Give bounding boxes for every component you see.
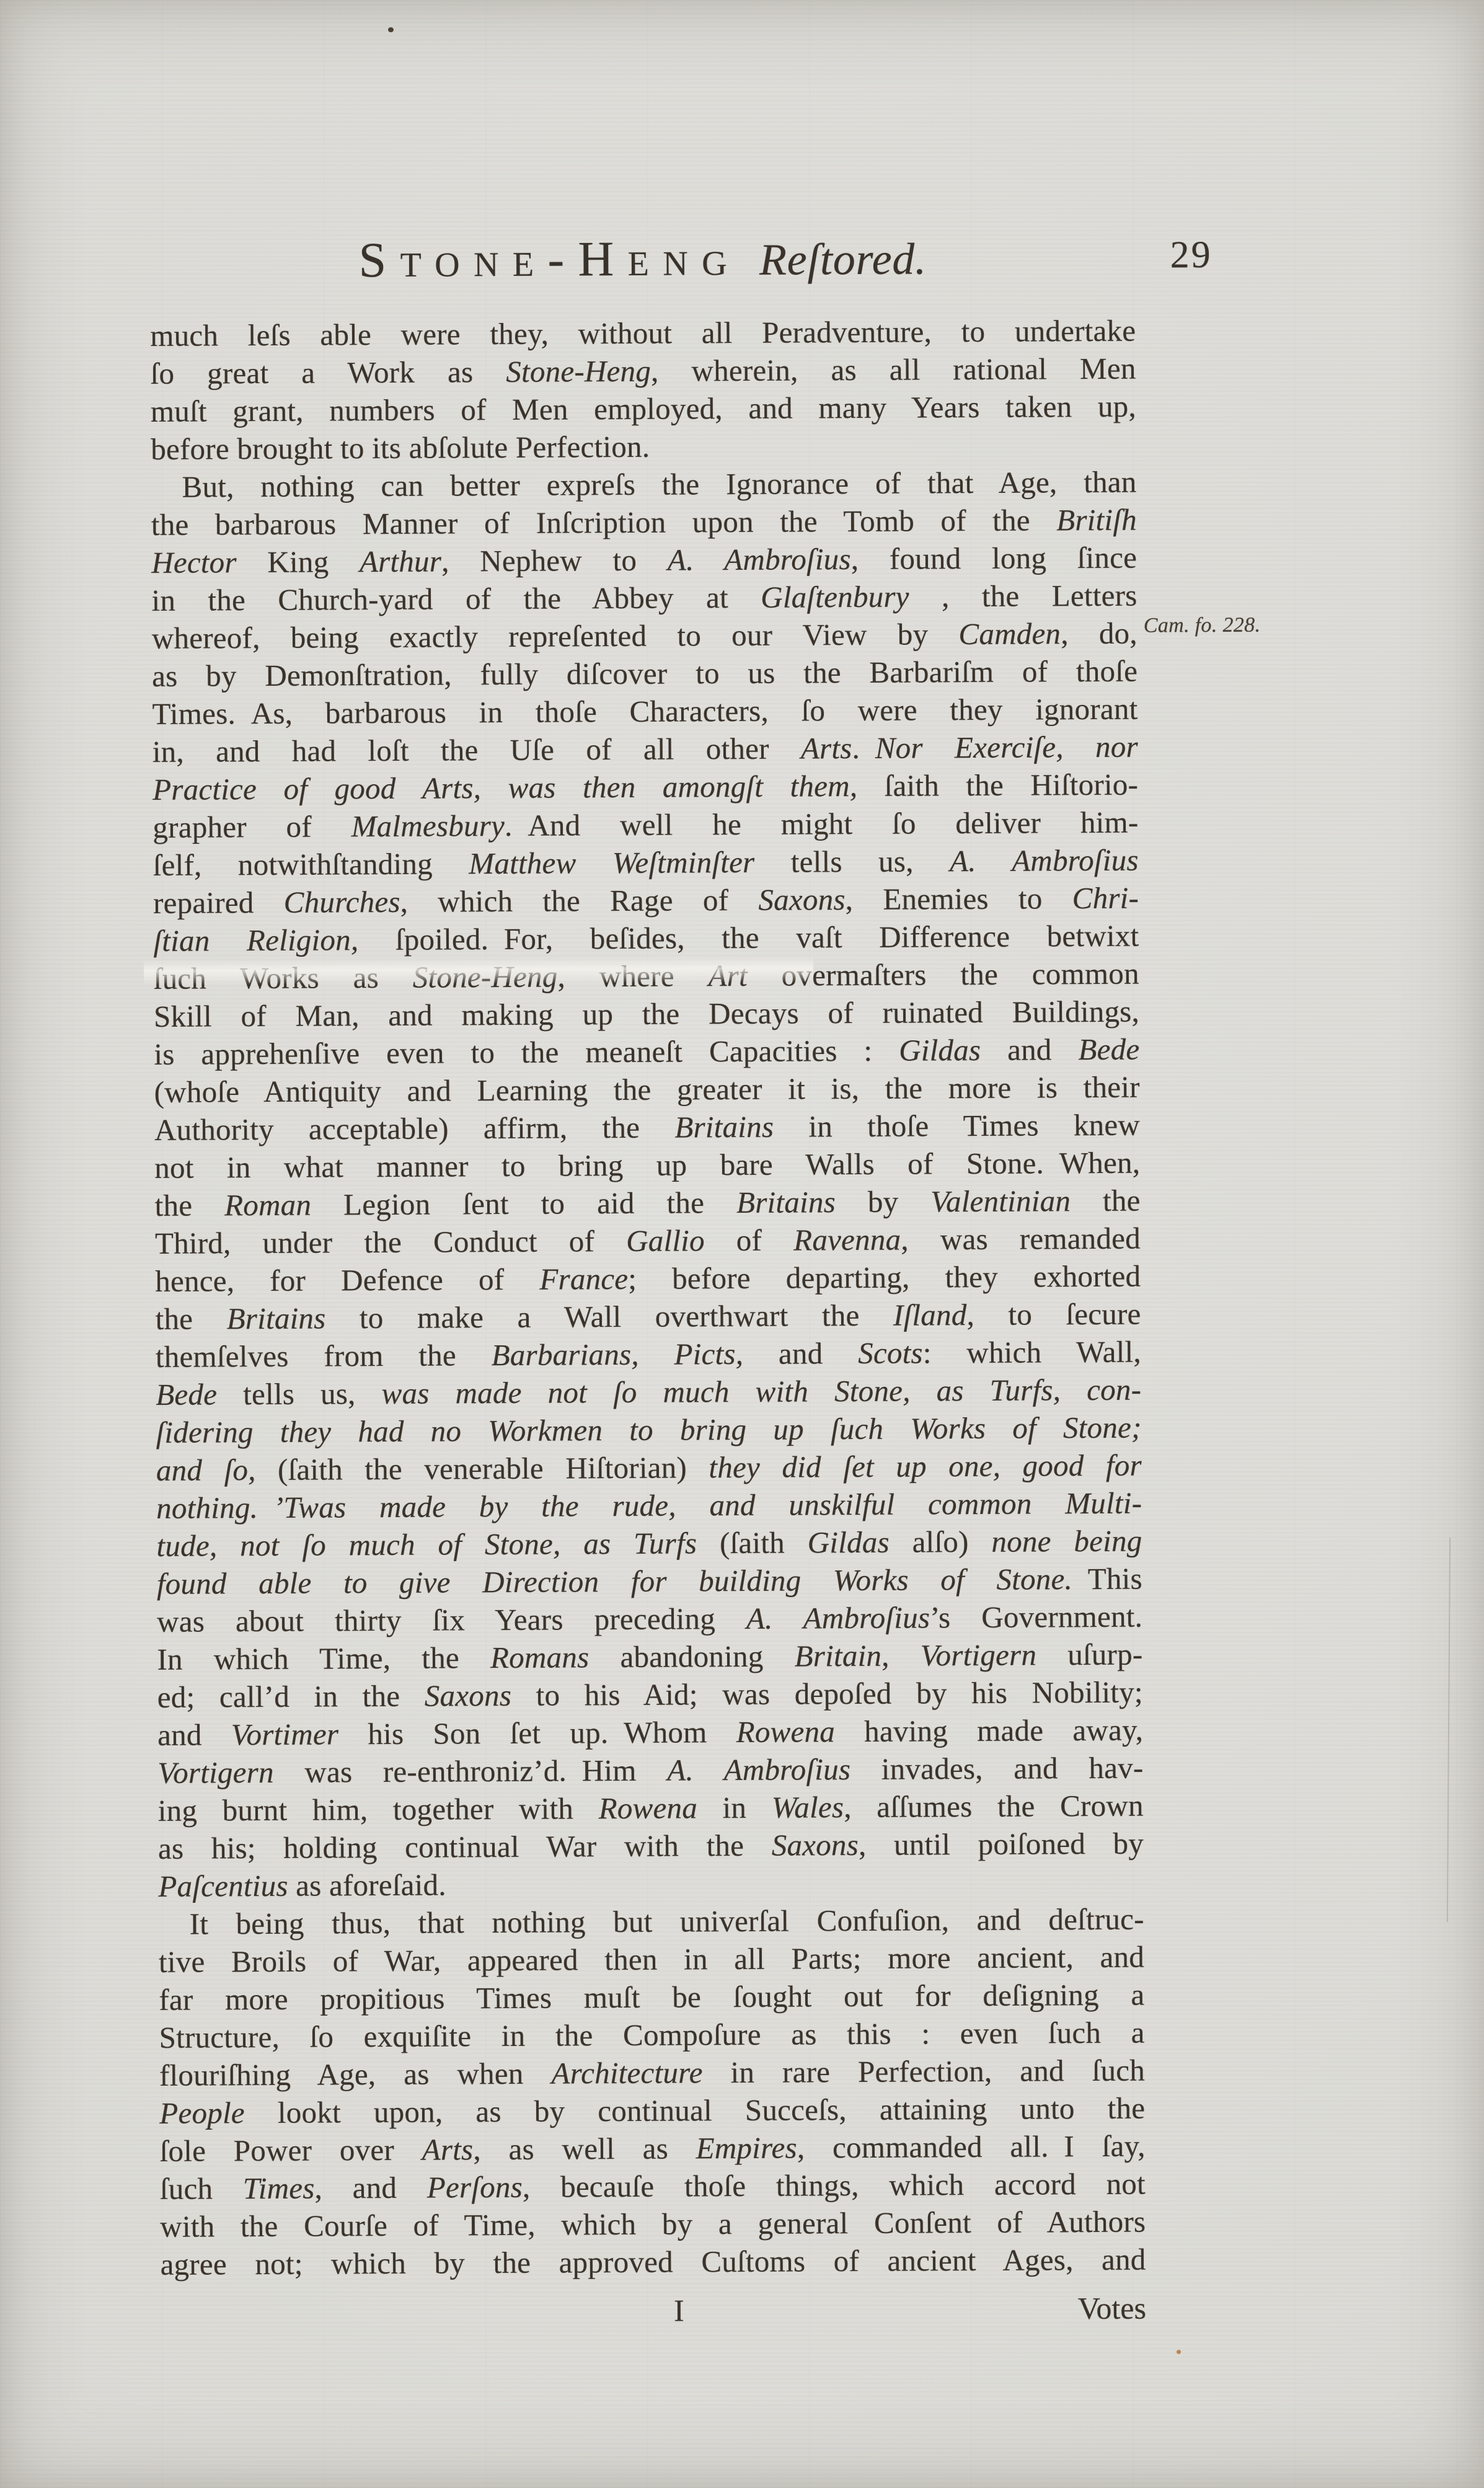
italic-text: ſidering they had no Workmen to bring up… <box>156 1410 1141 1450</box>
roman-text: ing burnt him, together with <box>158 1791 599 1828</box>
italic-text: Glaſtenbury <box>761 580 909 614</box>
text-line: and Vortimer his Son ſet up. Whom Rowena… <box>157 1711 1143 1754</box>
italic-text: Wales <box>772 1790 844 1825</box>
text-line: Vortigern was re-enthroniz’d. Him A. Amb… <box>157 1749 1143 1792</box>
roman-text: , aſſumes the Crown <box>844 1789 1144 1825</box>
roman-text: tive Broils of War, appeared then in all… <box>159 1940 1144 1979</box>
roman-text: agree not; which by the approved Cuſtoms… <box>160 2242 1146 2282</box>
text-line: Skill of Man, and making up the Decays o… <box>154 993 1139 1035</box>
roman-text: muſt grant, numbers of Men employed, and… <box>151 389 1136 428</box>
roman-text: uſurp- <box>1036 1637 1143 1672</box>
italic-text: Empires <box>696 2131 798 2166</box>
italic-text: Matthew Weſtminſter <box>469 845 754 880</box>
roman-text: the <box>155 1188 225 1223</box>
roman-text: ſpoiled. For, beſides, the vaſt Differen… <box>358 919 1139 957</box>
roman-text: repaired <box>153 885 284 920</box>
italic-text: Bede <box>156 1377 217 1412</box>
text-line: ing burnt him, together with Rowena in W… <box>158 1787 1144 1830</box>
italic-text: found able to give Direction for buildin… <box>157 1562 1072 1601</box>
roman-text: in <box>697 1791 772 1825</box>
roman-text: the <box>1071 1184 1141 1218</box>
roman-text: King <box>237 544 360 579</box>
roman-text: Third, under the Conduct of <box>155 1224 626 1260</box>
text-line: ſuch Times, and Perſons, becauſe thoſe t… <box>160 2165 1146 2208</box>
roman-text: , was remanded <box>901 1221 1141 1257</box>
text-line: tive Broils of War, appeared then in all… <box>159 1938 1144 1981</box>
roman-text: tells us, <box>754 844 950 879</box>
italic-text: Britains <box>736 1185 836 1220</box>
italic-text: Arts <box>801 731 852 765</box>
roman-text: in the Church-yard of the Abbey at <box>151 580 761 618</box>
paper-speck <box>1177 2350 1181 2354</box>
italic-text: Hector <box>151 545 237 580</box>
italic-text: ſtian Religion, <box>153 923 358 958</box>
roman-text: , <box>881 1639 921 1673</box>
roman-text: But, nothing can better expreſs the Igno… <box>182 465 1136 504</box>
text-line: Third, under the Conduct of Gallio of Ra… <box>155 1220 1141 1262</box>
text-line: much leſs able were they, without all Pe… <box>150 312 1136 355</box>
italic-text: Architecture <box>551 2055 703 2090</box>
paper-speck <box>291 561 294 564</box>
text-line: ed; call’d in the Saxons to his Aid; was… <box>157 1673 1143 1716</box>
roman-text: whereof, being exactly repreſented to ou… <box>152 617 959 655</box>
roman-text: ſuch Works as <box>154 960 413 996</box>
text-line: far more propitious Times muſt be ſought… <box>159 1976 1144 2019</box>
roman-text: the barbarous Manner of Inſcription upon… <box>151 503 1057 542</box>
italic-text: Rowena <box>599 1791 698 1825</box>
roman-text: themſelves from the <box>156 1338 492 1374</box>
roman-text: far more propitious Times muſt be ſought… <box>159 1978 1144 2017</box>
text-line: Hector King Arthur, Nephew to A. Ambroſi… <box>151 539 1137 582</box>
roman-text: , wherein, as all rational Men <box>651 352 1136 388</box>
text-line: as his; holding continual War with the S… <box>158 1825 1144 1867</box>
text-line: In which Time, the Romans abandoning Bri… <box>157 1636 1142 1678</box>
italic-text: Britains <box>674 1110 774 1144</box>
roman-text: hence, for Defence of <box>155 1262 539 1298</box>
italic-text: Gildas <box>899 1033 981 1068</box>
page-background: Stone-HengReſtored. 29 Cam. fo. 228. muc… <box>0 0 1484 2488</box>
roman-text: as by Demonſtration, fully diſcover to u… <box>152 654 1137 693</box>
running-title-caps: Stone-Heng <box>358 231 741 288</box>
text-line: It being thus, that nothing but univerſa… <box>159 1900 1144 1943</box>
italic-text: Barbarians, Picts, <box>491 1337 743 1372</box>
italic-text: Camden <box>958 616 1061 651</box>
roman-text: in, and had loſt the Uſe of all other <box>152 731 801 768</box>
italic-text: A. Ambroſius <box>667 1752 850 1787</box>
roman-text: grapher of <box>152 809 351 844</box>
roman-text: ſelf, notwithſtanding <box>153 846 469 882</box>
text-line: hence, for Defence of France; before dep… <box>155 1257 1141 1300</box>
italic-text: Britain <box>795 1639 882 1673</box>
roman-text: (ſaith <box>697 1525 808 1560</box>
italic-text: Valentinian <box>930 1184 1071 1218</box>
text-line: and ſo, (ſaith the venerable Hiſtorian) … <box>156 1446 1142 1489</box>
paper-speck <box>906 1464 909 1468</box>
italic-text: Malmesbury <box>351 808 505 843</box>
text-line: repaired Churches, which the Rage of Sax… <box>153 879 1139 922</box>
italic-text: nothing. ’Twas made by the rude, and uns… <box>156 1486 1142 1525</box>
italic-text: Churches <box>284 885 400 919</box>
italic-text: Vortigern <box>157 1755 274 1790</box>
roman-text: , becauſe thoſe things, which accord not <box>523 2167 1146 2204</box>
roman-text: as his; holding continual War with the <box>158 1828 772 1866</box>
roman-text: : which Wall, <box>923 1335 1141 1370</box>
roman-text: , where <box>557 958 708 993</box>
roman-text: before brought to its abſolute Perfectio… <box>151 430 650 466</box>
roman-text: abandoning <box>589 1639 795 1675</box>
italic-text: Stone-Heng <box>506 354 651 389</box>
roman-text: . <box>852 731 875 765</box>
roman-text: , Nephew to <box>441 543 668 578</box>
running-title: Stone-HengReſtored. <box>149 229 1135 290</box>
roman-text: lookt upon, as by continual Succeſs, att… <box>245 2091 1146 2130</box>
italic-text: Ravenna <box>793 1223 901 1257</box>
body-text: much leſs able were they, without all Pe… <box>150 312 1146 2283</box>
text-line: But, nothing can better expreſs the Igno… <box>151 463 1136 506</box>
roman-text: , to ſecure <box>966 1297 1141 1332</box>
roman-text: ; before departing, they exhorted <box>628 1259 1141 1296</box>
text-line: ſidering they had no Workmen to bring up… <box>156 1409 1141 1451</box>
italic-text: Romans <box>490 1640 590 1675</box>
italic-text: Stone-Heng <box>413 960 558 994</box>
italic-text: Saxons <box>772 1828 859 1862</box>
roman-text: invades, and hav- <box>850 1751 1144 1786</box>
italic-text: Paſcentius <box>158 1869 288 1903</box>
italic-text: tude, not ſo much of Stone, as Turfs <box>156 1526 697 1563</box>
roman-text: as aforeſaid. <box>288 1868 446 1903</box>
italic-text: Perſons <box>427 2170 523 2205</box>
roman-text: , and <box>314 2171 427 2205</box>
roman-text: , commanded all. I ſay, <box>797 2129 1146 2165</box>
text-line: ſole Power over Arts, as well as Empires… <box>159 2127 1145 2170</box>
roman-text: and <box>981 1032 1078 1067</box>
roman-text: tells us, <box>217 1376 382 1411</box>
text-line: with the Courſe of Time, which by a gene… <box>160 2203 1146 2246</box>
text-line: Paſcentius as aforeſaid. <box>158 1862 1144 1905</box>
roman-text: , the Letters <box>909 578 1137 614</box>
roman-text: (whoſe Antiquity and Learning the greate… <box>154 1070 1140 1109</box>
italic-text: Gallio <box>626 1223 705 1258</box>
italic-text: was made not ſo much with Stone, as Turf… <box>381 1373 1141 1410</box>
text-line: ſuch Works as Stone-Heng, where Art over… <box>154 955 1139 998</box>
running-title-italic: Reſtored. <box>759 234 927 284</box>
italic-text: Rowena <box>736 1714 836 1749</box>
italic-text: Saxons <box>425 1678 512 1713</box>
roman-text: and <box>157 1717 231 1752</box>
paper-speck <box>388 27 394 32</box>
roman-text: overmaſters the common <box>748 957 1139 993</box>
italic-text: Practice of good Arts, was then amongſt … <box>152 769 857 807</box>
text-line: the barbarous Manner of Inſcription upon… <box>151 501 1137 544</box>
roman-text: to his Aid; was depoſed by his Nobility; <box>511 1675 1143 1712</box>
italic-text: Bede <box>1078 1032 1139 1067</box>
roman-text: This <box>1072 1562 1142 1596</box>
roman-text: of <box>705 1223 794 1258</box>
roman-text: the <box>155 1301 226 1336</box>
text-line: (whoſe Antiquity and Learning the greate… <box>154 1068 1140 1111</box>
roman-text: and <box>743 1336 858 1371</box>
roman-text: It being thus, that nothing but univerſa… <box>190 1902 1144 1941</box>
italic-text: Scots <box>858 1335 923 1370</box>
italic-text: they did ſet up one, good for <box>709 1448 1142 1485</box>
roman-text: , as well as <box>473 2131 696 2166</box>
roman-text: in rare Perfection, and ſuch <box>703 2053 1146 2090</box>
paragraph: But, nothing can better expreſs the Igno… <box>151 463 1144 1905</box>
text-line: whereof, being exactly repreſented to ou… <box>152 614 1137 657</box>
text-line: grapher of Malmesbury. And well he might… <box>152 804 1138 846</box>
margin-note: Cam. fo. 228. <box>1144 613 1348 638</box>
italic-text: People <box>159 2096 245 2130</box>
roman-text: by <box>836 1184 931 1219</box>
roman-text: . And well he might ſo deliver him- <box>505 805 1139 843</box>
roman-text: (ſaith the venerable Hiſtorian) <box>256 1450 709 1487</box>
roman-text: ſaith the Hiſtorio- <box>857 768 1138 803</box>
page-number: 29 <box>1170 233 1212 277</box>
page-content: Stone-HengReſtored. 29 Cam. fo. 228. muc… <box>0 0 1484 2488</box>
text-line: flouriſhing Age, as when Architecture in… <box>159 2052 1145 2094</box>
text-line: in, and had loſt the Uſe of all other Ar… <box>152 728 1138 771</box>
italic-text: Iſland <box>893 1298 967 1332</box>
italic-text: Britiſh <box>1056 503 1137 538</box>
italic-text: Gildas <box>808 1525 890 1560</box>
text-line: as by Demonſtration, fully diſcover to u… <box>152 652 1137 695</box>
roman-text: was re-enthroniz’d. Him <box>274 1753 668 1789</box>
signature-mark: I <box>674 2292 684 2330</box>
text-line: Times. As, barbarous in thoſe Characters… <box>152 690 1137 733</box>
italic-text: A. Ambroſius <box>746 1600 930 1636</box>
roman-text: alſo) <box>890 1525 992 1559</box>
roman-text: with the Courſe of Time, which by a gene… <box>160 2205 1146 2244</box>
italic-text: Roman <box>224 1188 311 1223</box>
roman-text: In which Time, the <box>157 1640 490 1676</box>
italic-text: France <box>539 1262 628 1296</box>
text-line: not in what manner to bring up bare Wall… <box>154 1144 1140 1187</box>
roman-text: , Enemies to <box>846 881 1072 916</box>
roman-text: ſuch <box>160 2171 243 2206</box>
roman-text: , until poiſoned by <box>859 1826 1144 1862</box>
italic-text: Chri- <box>1072 881 1139 916</box>
roman-text: ’s Government. <box>930 1600 1142 1635</box>
text-line: ſo great a Work as Stone-Heng, wherein, … <box>150 350 1136 392</box>
roman-text: ſole Power over <box>160 2133 422 2168</box>
text-line: ſelf, notwithſtanding Matthew Weſtminſte… <box>153 841 1139 884</box>
catchword: Votes <box>1078 2290 1147 2328</box>
roman-text: in thoſe Times knew <box>774 1108 1140 1144</box>
text-line: Structure, ſo exquiſite in the Compoſure… <box>159 2014 1145 2056</box>
text-line: Bede tells us, was made not ſo much with… <box>156 1371 1141 1414</box>
roman-text: Times. As, barbarous in thoſe Characters… <box>152 692 1137 731</box>
roman-text: his Son ſet up. Whom <box>338 1715 736 1751</box>
roman-text: , do, <box>1061 616 1137 651</box>
text-line: the Roman Legion ſent to aid the Britain… <box>155 1182 1141 1224</box>
roman-text: ed; call’d in the <box>157 1679 425 1714</box>
text-line: was about thirty ſix Years preceding A. … <box>157 1598 1142 1640</box>
text-line: before brought to its abſolute Perfectio… <box>151 425 1136 468</box>
text-line: ſtian Religion, ſpoiled. For, beſides, t… <box>153 917 1139 960</box>
roman-text: Authority acceptable) affirm, the <box>154 1110 675 1147</box>
page-footer: I Votes <box>161 2290 1146 2332</box>
italic-text: Arthur <box>360 544 441 579</box>
roman-text: Structure, ſo exquiſite in the Compoſure… <box>159 2016 1145 2055</box>
italic-text: and ſo, <box>156 1453 256 1487</box>
text-line: People lookt upon, as by continual Succe… <box>159 2089 1145 2132</box>
text-line: agree not; which by the approved Cuſtoms… <box>160 2241 1146 2283</box>
italic-text: Art <box>708 958 748 993</box>
italic-text: Vortigern <box>921 1638 1037 1673</box>
roman-text: is apprehenſive even to the meaneſt Capa… <box>154 1034 899 1071</box>
text-line: muſt grant, numbers of Men employed, and… <box>151 387 1136 430</box>
italic-text: none being <box>991 1524 1142 1559</box>
text-line: tude, not ſo much of Stone, as Turfs (ſa… <box>156 1522 1142 1565</box>
text-line: nothing. ’Twas made by the rude, and uns… <box>156 1484 1142 1527</box>
italic-text: Nor Exerciſe, nor <box>875 730 1138 765</box>
roman-text: was about thirty ſix Years preceding <box>157 1601 746 1639</box>
text-line: Practice of good Arts, was then amongſt … <box>152 766 1138 808</box>
italic-text: Arts <box>422 2132 474 2166</box>
roman-text: to make a Wall overthwart the <box>325 1298 893 1335</box>
paragraph: It being thus, that nothing but univerſa… <box>159 1900 1146 2283</box>
roman-text: ſo great a Work as <box>150 355 506 391</box>
italic-text: Vortimer <box>231 1717 339 1751</box>
roman-text: not in what manner to bring up bare Wall… <box>154 1146 1140 1185</box>
paragraph: much leſs able were they, without all Pe… <box>150 312 1136 468</box>
italic-text: Saxons <box>758 882 846 917</box>
text-line: found able to give Direction for buildin… <box>157 1560 1142 1603</box>
italic-text: Times <box>243 2171 315 2206</box>
text-line: themſelves from the Barbarians, Picts, a… <box>156 1333 1141 1376</box>
text-line: the Britains to make a Wall overthwart t… <box>155 1295 1141 1338</box>
italic-text: A. Ambroſius <box>668 542 851 577</box>
italic-text: A. Ambroſius <box>950 843 1139 879</box>
roman-text: flouriſhing Age, as when <box>159 2056 552 2092</box>
roman-text: having made away, <box>835 1713 1143 1749</box>
roman-text: much leſs able were they, without all Pe… <box>150 314 1136 353</box>
roman-text: , which the Rage of <box>400 883 759 919</box>
roman-text: , found long ſince <box>851 541 1137 576</box>
text-line: is apprehenſive even to the meaneſt Capa… <box>154 1030 1139 1073</box>
roman-text: Skill of Man, and making up the Decays o… <box>154 994 1139 1034</box>
text-line: Authority acceptable) affirm, the Britai… <box>154 1106 1140 1149</box>
italic-text: Britains <box>227 1301 326 1336</box>
roman-text: Legion ſent to aid the <box>311 1185 736 1222</box>
text-line: in the Church-yard of the Abbey at Glaſt… <box>151 577 1137 619</box>
